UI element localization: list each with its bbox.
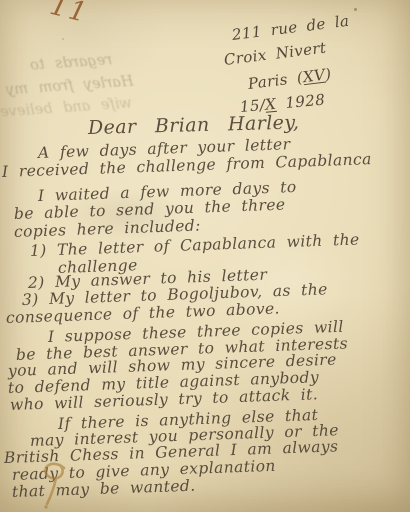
address-line: 211 rue de la — [231, 12, 350, 44]
city-text: ) — [324, 65, 332, 84]
paper-speck — [354, 8, 357, 11]
date-year: 1928 — [276, 91, 326, 113]
catalog-number-mark: 11 — [47, 0, 92, 29]
city-region-underlined: XV — [302, 66, 326, 87]
salutation: Dear Brian Harley, — [88, 111, 300, 139]
ink-blot — [38, 458, 72, 510]
letter-photograph: regards to Harley from my wife and belie… — [0, 0, 410, 512]
address-line: Paris (XV) — [247, 65, 333, 93]
ghost-showthrough-line: Harley from my — [6, 74, 134, 99]
ghost-showthrough-line: regards to — [30, 52, 113, 74]
city-text: Paris ( — [247, 68, 304, 93]
paper-speck — [62, 38, 64, 40]
